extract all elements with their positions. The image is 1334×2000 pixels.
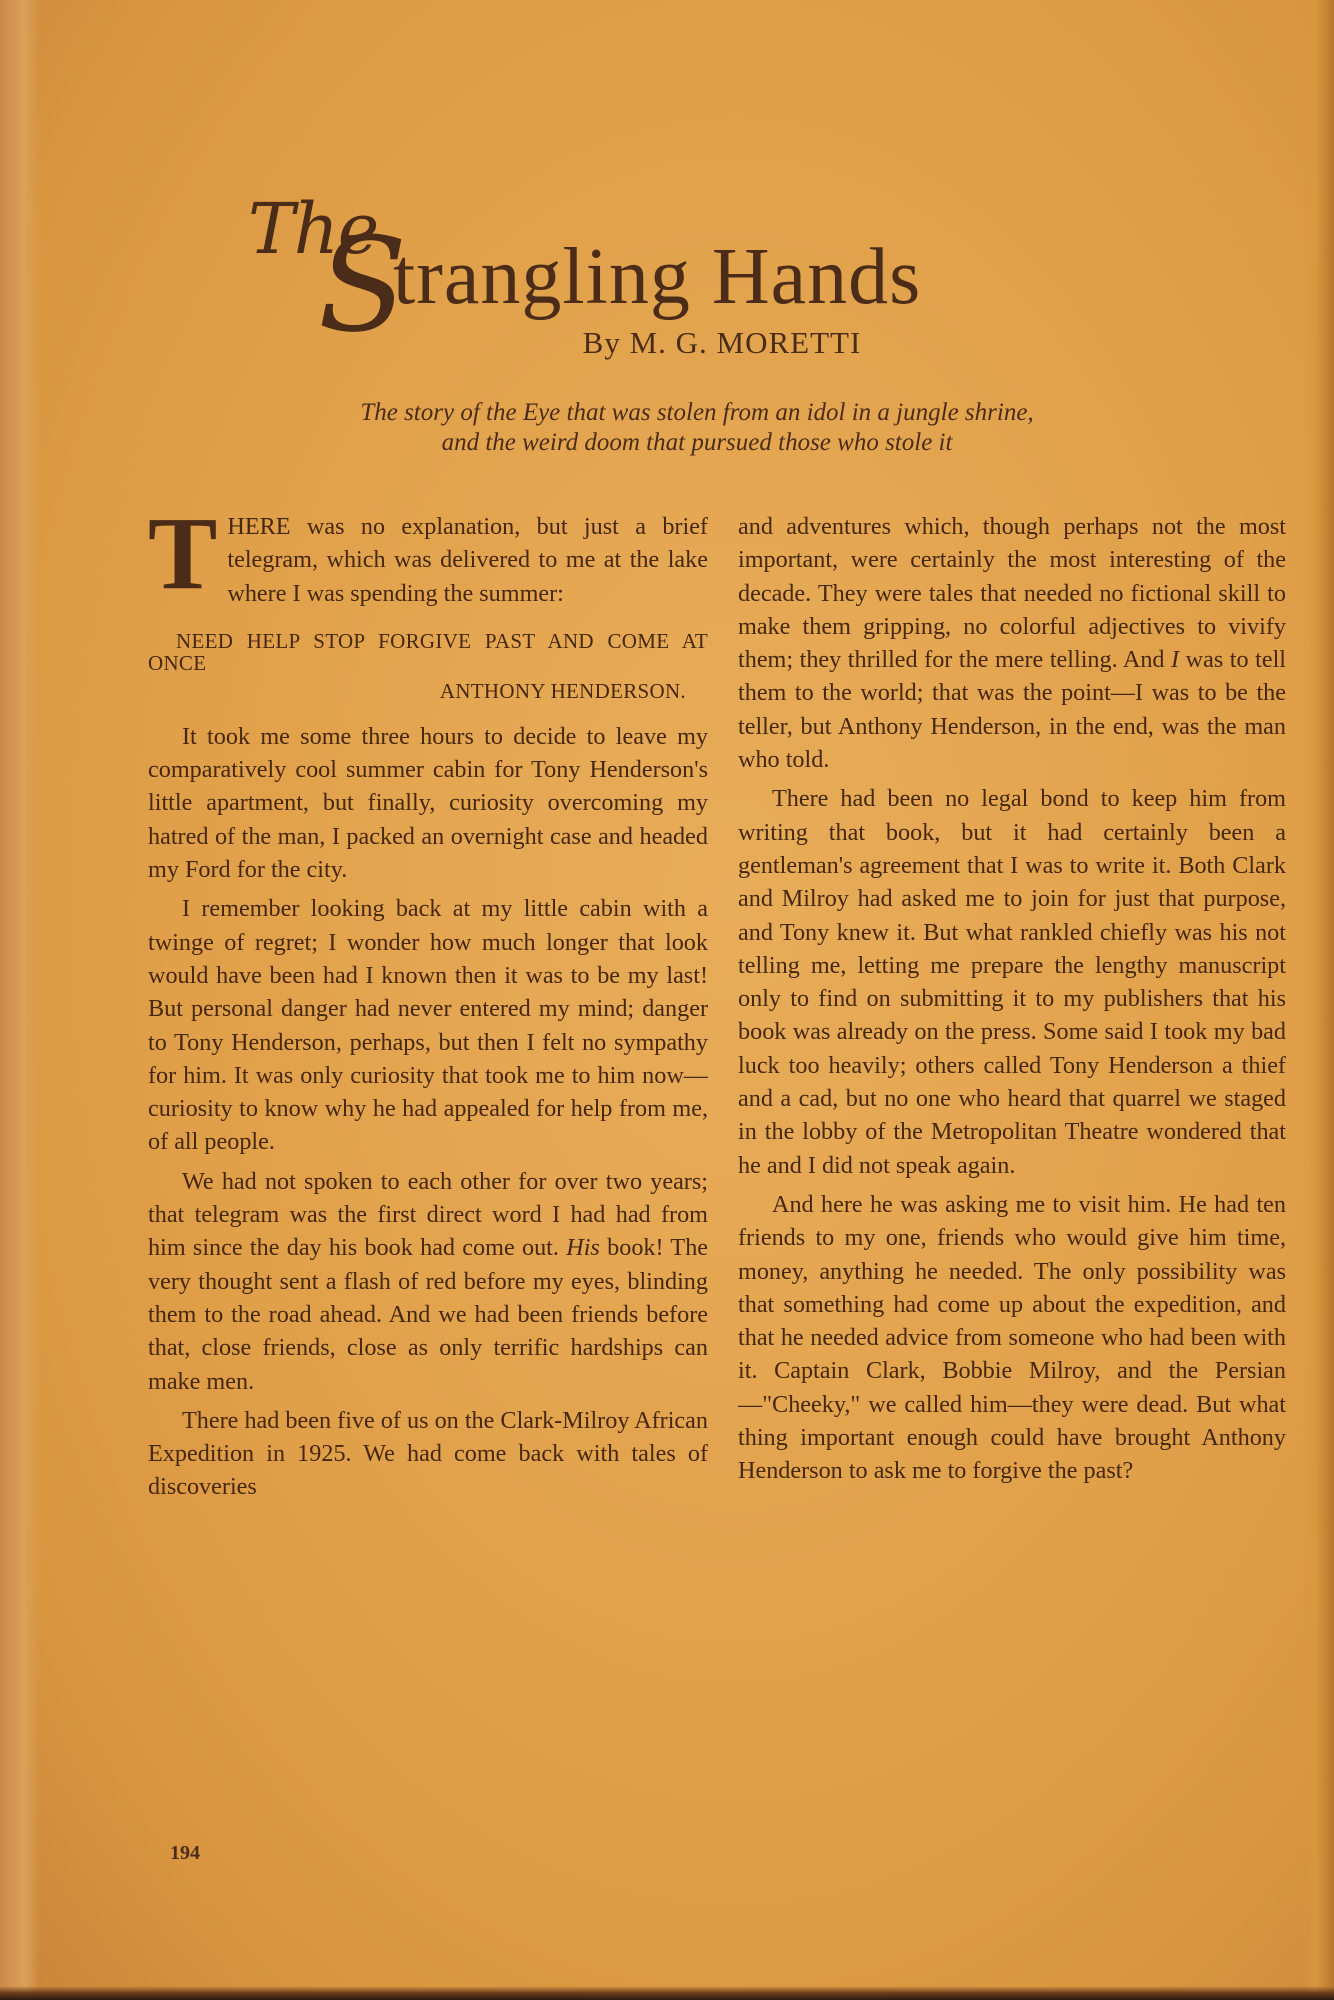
telegram-text: NEED HELP STOP FORGIVE PAST AND COME AT … — [148, 630, 708, 702]
page-edge-left — [0, 0, 40, 2000]
subtitle-line-2: and the weird doom that pursued those wh… — [60, 428, 1334, 458]
paragraph: and adventures which, though perhaps not… — [738, 510, 1286, 776]
telegram-body: NEED HELP STOP FORGIVE PAST AND COME AT … — [148, 629, 708, 675]
drop-cap: T — [148, 512, 217, 596]
paragraph: And here he was asking me to visit him. … — [738, 1188, 1286, 1488]
telegram-signature: ANTHONY HENDERSON. — [148, 680, 708, 702]
emphasis: I — [1171, 646, 1179, 673]
emphasis: His — [566, 1234, 600, 1261]
paragraph: It took me some three hours to decide to… — [148, 720, 708, 886]
paragraph: There had been no legal bond to keep him… — [738, 782, 1286, 1182]
article-subtitle: The story of the Eye that was stolen fro… — [0, 398, 1334, 458]
page-number: 194 — [170, 1842, 200, 1865]
page-edge-right — [1304, 0, 1334, 2000]
paragraph: We had not spoken to each other for over… — [148, 1165, 708, 1398]
subtitle-line-1: The story of the Eye that was stolen fro… — [60, 398, 1334, 428]
paragraph-text: HERE was no explanation, but just a brie… — [227, 513, 708, 607]
left-column: THERE was no explanation, but just a bri… — [148, 510, 708, 1510]
paragraph: THERE was no explanation, but just a bri… — [148, 510, 708, 610]
paragraph: There had been five of us on the Clark-M… — [148, 1404, 708, 1504]
byline: By M. G. MORETTI — [0, 325, 1334, 361]
article-title: trangling Hands — [393, 232, 921, 323]
paragraph: I remember looking back at my little cab… — [148, 892, 708, 1158]
magazine-page: The S trangling Hands By M. G. MORETTI T… — [0, 0, 1334, 2000]
page-edge-bottom — [0, 1986, 1334, 2000]
right-column: and adventures which, though perhaps not… — [738, 510, 1286, 1494]
